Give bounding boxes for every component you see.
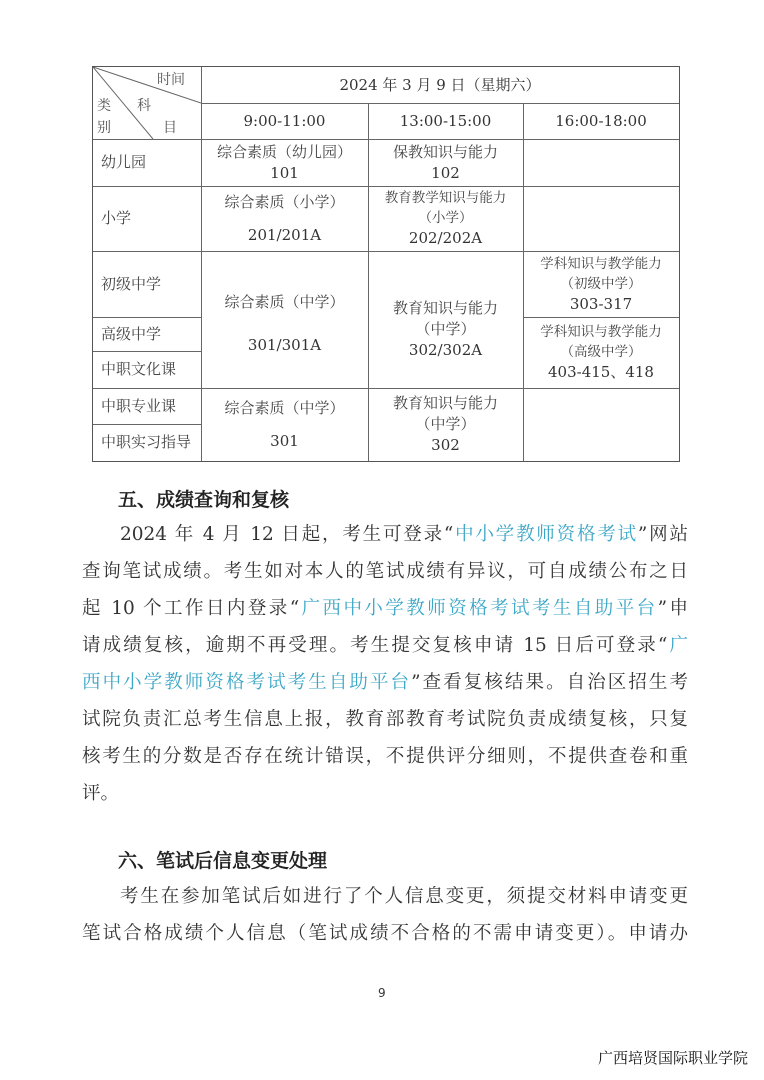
- text-run: 考生在参加笔试后如进行了个人信息变更，须提交材料申请变更: [120, 886, 688, 907]
- text-run: 笔试合格成绩个人信息（笔试成绩不合格的不需申请变更）。申请办: [82, 923, 688, 944]
- subject-sub: （小学）: [419, 208, 473, 228]
- corner-category-2: 别: [97, 117, 111, 137]
- text-run: ”查看复核结果。自治区招生考: [411, 672, 688, 693]
- subject-name: 保教知识与能力: [393, 142, 498, 163]
- section5-line-7: 核考生的分数是否存在统计错误，不提供评分细则，不提供查卷和重: [82, 742, 688, 768]
- subject-sub: （初级中学）: [561, 274, 642, 294]
- subject-code: 101: [270, 163, 299, 184]
- subject-name: 综合素质（小学）: [224, 192, 344, 213]
- subject-code: 202/202A: [409, 228, 482, 249]
- subject-name: 综合素质（中学）: [224, 292, 344, 313]
- date-header-text: 2024 年 3 月 9 日（星期六）: [339, 75, 540, 96]
- text-run: 核考生的分数是否存在统计错误，不提供评分细则，不提供查卷和重: [82, 746, 688, 767]
- category-label: 高级中学: [101, 324, 161, 345]
- date-header: 2024 年 3 月 9 日（星期六）: [201, 67, 679, 103]
- text-run: 试院负责汇总考生信息上报，教育部教育考试院负责成绩复核，只复: [82, 709, 688, 730]
- category-junior-high: 初级中学: [93, 251, 201, 317]
- subject-name: 教育知识与能力: [393, 298, 498, 319]
- category-vocational-major: 中职专业课: [93, 388, 201, 424]
- subject-code: 302/302A: [409, 340, 482, 361]
- subject-code: 102: [431, 163, 460, 184]
- cell-vocational-slot2: 教育知识与能力 （中学） 302: [368, 388, 523, 461]
- section5-line-4: 请成绩复核，逾期不再受理。考生提交复核申请 15 日后可登录“广: [82, 631, 688, 657]
- category-senior-high: 高级中学: [93, 317, 201, 351]
- time-slot-text: 16:00-18:00: [555, 111, 647, 132]
- subject-name: 教育教学知识与能力: [385, 188, 507, 208]
- corner-time-label: 时间: [157, 69, 185, 89]
- subject-name: 学科知识与教学能力: [540, 322, 662, 342]
- exam-schedule-table: 时间 类 别 科 目 2024 年 3 月 9 日（星期六） 9:00-11:0…: [92, 66, 680, 462]
- cell-secondary-slot1: 综合素质（中学） 301/301A: [201, 251, 368, 388]
- self-service-platform-link[interactable]: 广: [667, 635, 688, 656]
- footer-watermark: 广西培贤国际职业学院: [598, 1047, 748, 1068]
- category-label: 中职实习指导: [101, 432, 191, 453]
- subject-code: 302: [431, 435, 460, 456]
- category-primary: 小学: [93, 186, 201, 251]
- section5-line-6: 试院负责汇总考生信息上报，教育部教育考试院负责成绩复核，只复: [82, 705, 688, 731]
- subject-sub: （中学）: [415, 319, 475, 340]
- section6-line-2: 笔试合格成绩个人信息（笔试成绩不合格的不需申请变更）。申请办: [82, 919, 688, 945]
- section5-line-2: 查询笔试成绩。考生如对本人的笔试成绩有异议，可自成绩公布之日: [82, 557, 688, 583]
- section5-line-3: 起 10 个工作日内登录“广西中小学教师资格考试考生自助平台”申: [82, 594, 688, 620]
- exam-website-link[interactable]: 中小学教师资格考试: [453, 524, 638, 545]
- cell-senior-slot3: 学科知识与教学能力 （高级中学） 403-415、418: [523, 317, 679, 388]
- subject-code: 201/201A: [248, 225, 321, 246]
- category-label: 中职文化课: [101, 359, 176, 380]
- subject-name: 教育知识与能力: [393, 393, 498, 414]
- text-run: 评。: [82, 783, 119, 804]
- time-slot-text: 9:00-11:00: [244, 111, 326, 132]
- cell-junior-slot3: 学科知识与教学能力 （初级中学） 303-317: [523, 251, 679, 317]
- section5-heading: 五、成绩查询和复核: [118, 485, 289, 512]
- subject-code: 301/301A: [248, 335, 321, 356]
- cell-secondary-slot2: 教育知识与能力 （中学） 302/302A: [368, 251, 523, 388]
- text-run: ”网站: [638, 524, 688, 545]
- category-label: 小学: [101, 208, 131, 229]
- cell-primary-slot1: 综合素质（小学） 201/201A: [201, 186, 368, 251]
- text-run: 请成绩复核，逾期不再受理。考生提交复核申请 15 日后可登录“: [82, 635, 667, 656]
- time-slot-1: 9:00-11:00: [201, 103, 368, 139]
- time-slot-3: 16:00-18:00: [523, 103, 679, 139]
- subject-name: 综合素质（幼儿园）: [217, 142, 352, 163]
- subject-sub: （中学）: [415, 414, 475, 435]
- text-run: ”申: [658, 598, 688, 619]
- self-service-platform-link[interactable]: 西中小学教师资格考试考生自助平台: [82, 672, 411, 693]
- text-run: 起 10 个工作日内登录“: [82, 598, 299, 619]
- page-number: 9: [378, 986, 386, 1000]
- corner-subject-2: 目: [163, 117, 177, 137]
- text-run: 查询笔试成绩。考生如对本人的笔试成绩有异议，可自成绩公布之日: [82, 561, 688, 582]
- section6-heading: 六、笔试后信息变更处理: [118, 846, 327, 873]
- cell-kindergarten-slot2: 保教知识与能力 102: [368, 139, 523, 186]
- cell-primary-slot2: 教育教学知识与能力 （小学） 202/202A: [368, 186, 523, 251]
- subject-code: 301: [270, 431, 299, 452]
- corner-subject-1: 科: [137, 95, 151, 115]
- self-service-platform-link[interactable]: 广西中小学教师资格考试考生自助平台: [299, 598, 657, 619]
- category-label: 中职专业课: [101, 396, 176, 417]
- subject-name: 综合素质（中学）: [224, 398, 344, 419]
- subject-code: 303-317: [570, 294, 632, 315]
- cell-kindergarten-slot1: 综合素质（幼儿园） 101: [201, 139, 368, 186]
- section5-line-1: 2024 年 4 月 12 日起，考生可登录“中小学教师资格考试”网站: [120, 520, 688, 546]
- text-run: 2024 年 4 月 12 日起，考生可登录“: [120, 524, 453, 545]
- category-vocational-practice: 中职实习指导: [93, 424, 201, 461]
- section5-line-8: 评。: [82, 779, 688, 805]
- section5-line-5: 西中小学教师资格考试考生自助平台”查看复核结果。自治区招生考: [82, 668, 688, 694]
- corner-category-1: 类: [97, 95, 111, 115]
- category-label: 初级中学: [101, 274, 161, 295]
- time-slot-text: 13:00-15:00: [400, 111, 492, 132]
- subject-name: 学科知识与教学能力: [540, 254, 662, 274]
- subject-code: 403-415、418: [548, 362, 654, 383]
- time-slot-2: 13:00-15:00: [368, 103, 523, 139]
- cell-vocational-slot1: 综合素质（中学） 301: [201, 388, 368, 461]
- category-kindergarten: 幼儿园: [93, 139, 201, 186]
- category-label: 幼儿园: [101, 152, 146, 173]
- category-vocational-culture: 中职文化课: [93, 351, 201, 388]
- subject-sub: （高级中学）: [561, 342, 642, 362]
- section6-line-1: 考生在参加笔试后如进行了个人信息变更，须提交材料申请变更: [120, 882, 688, 908]
